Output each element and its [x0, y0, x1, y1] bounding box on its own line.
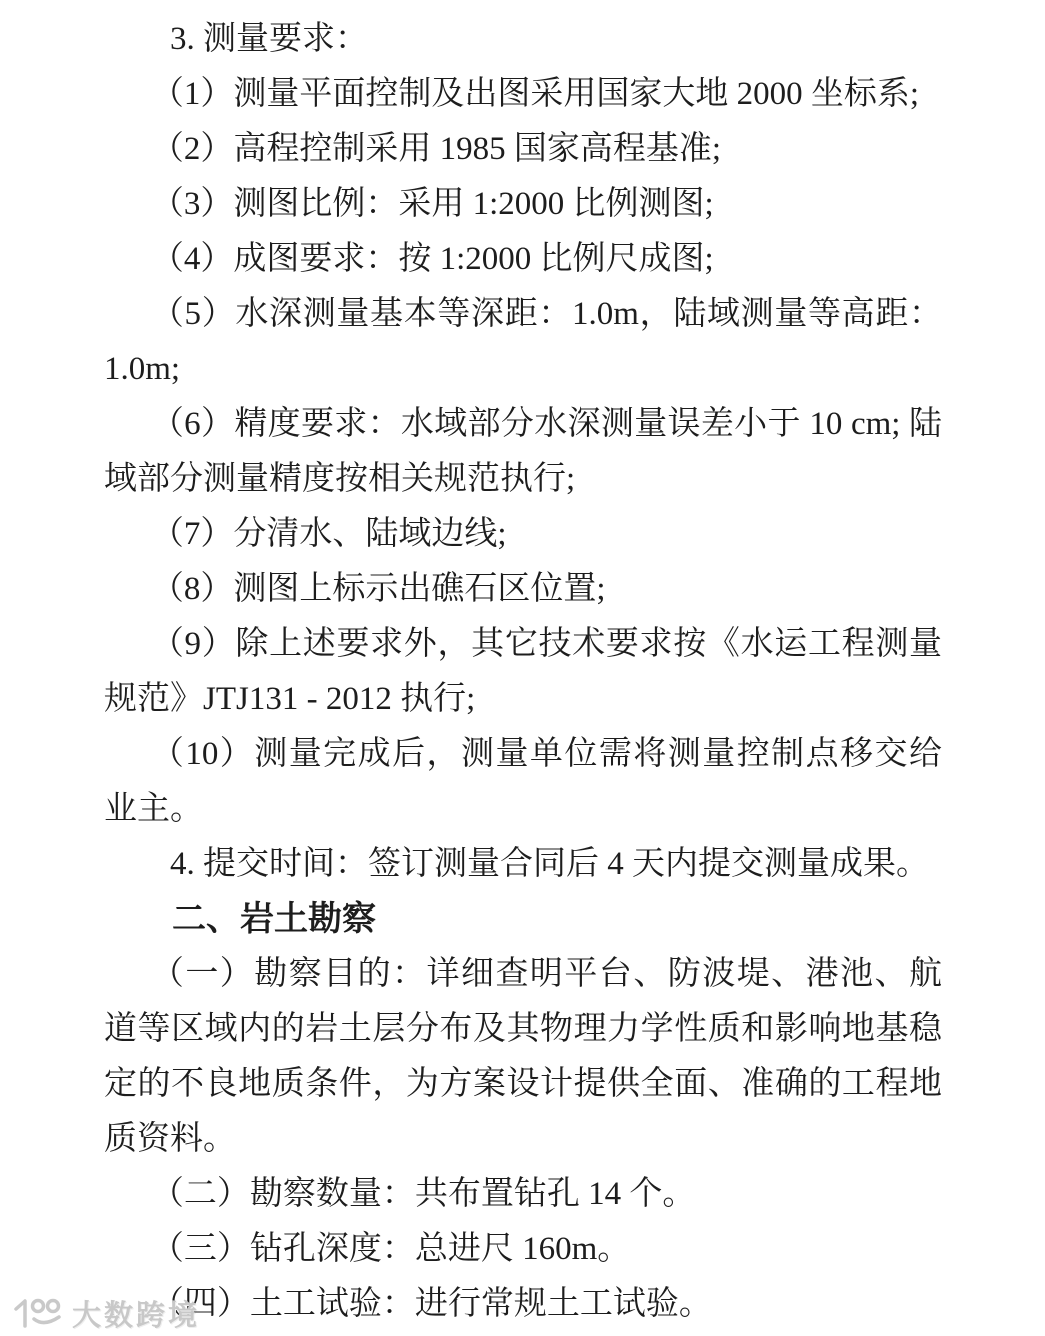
- para-3-map-scale: （3）测图比例：采用 1:2000 比例测图;: [104, 177, 942, 232]
- para-6-accuracy-requirement: （6）精度要求：水域部分水深测量误差小于 10 cm; 陆域部分测量精度按相关规…: [104, 397, 942, 507]
- para-3-survey-requirements: 3. 测量要求：: [104, 12, 942, 67]
- para-7-water-land-boundary: （7）分清水、陆域边线;: [104, 507, 942, 562]
- para-3-borehole-depth: （三）钻孔深度：总进尺 160m。: [104, 1222, 942, 1277]
- para-2-elevation-control: （2）高程控制采用 1985 国家高程基准;: [104, 122, 942, 177]
- para-4-soil-test: （四）土工试验：进行常规土工试验。: [104, 1277, 942, 1332]
- para-5-contour-interval: （5）水深测量基本等深距：1.0m，陆域测量等高距：1.0m;: [104, 287, 942, 397]
- para-4-submission-time: 4. 提交时间：签订测量合同后 4 天内提交测量成果。: [104, 837, 942, 892]
- watermark-100-smile-logo-icon: [12, 1296, 64, 1332]
- para-4-map-output: （4）成图要求：按 1:2000 比例尺成图;: [104, 232, 942, 287]
- para-8-reef-marking: （8）测图上标示出礁石区位置;: [104, 562, 942, 617]
- heading-geotechnical-survey: 二、岩土勘察: [104, 892, 942, 947]
- watermark: 大数跨境: [12, 1293, 200, 1334]
- para-2-borehole-count: （二）勘察数量：共布置钻孔 14 个。: [104, 1167, 942, 1222]
- para-1-plane-control: （1）测量平面控制及出图采用国家大地 2000 坐标系;: [104, 67, 942, 122]
- watermark-text: 大数跨境: [72, 1293, 200, 1334]
- para-10-control-point-handover: （10）测量完成后，测量单位需将测量控制点移交给业主。: [104, 727, 942, 837]
- document-page: 3. 测量要求： （1）测量平面控制及出图采用国家大地 2000 坐标系; （2…: [0, 0, 1045, 1336]
- para-1-survey-purpose: （一）勘察目的：详细查明平台、防波堤、港池、航道等区域内的岩土层分布及其物理力学…: [104, 947, 942, 1167]
- para-9-other-standards: （9）除上述要求外，其它技术要求按《水运工程测量规范》JTJ131 - 2012…: [104, 617, 942, 727]
- document-body: 3. 测量要求： （1）测量平面控制及出图采用国家大地 2000 坐标系; （2…: [104, 12, 942, 1332]
